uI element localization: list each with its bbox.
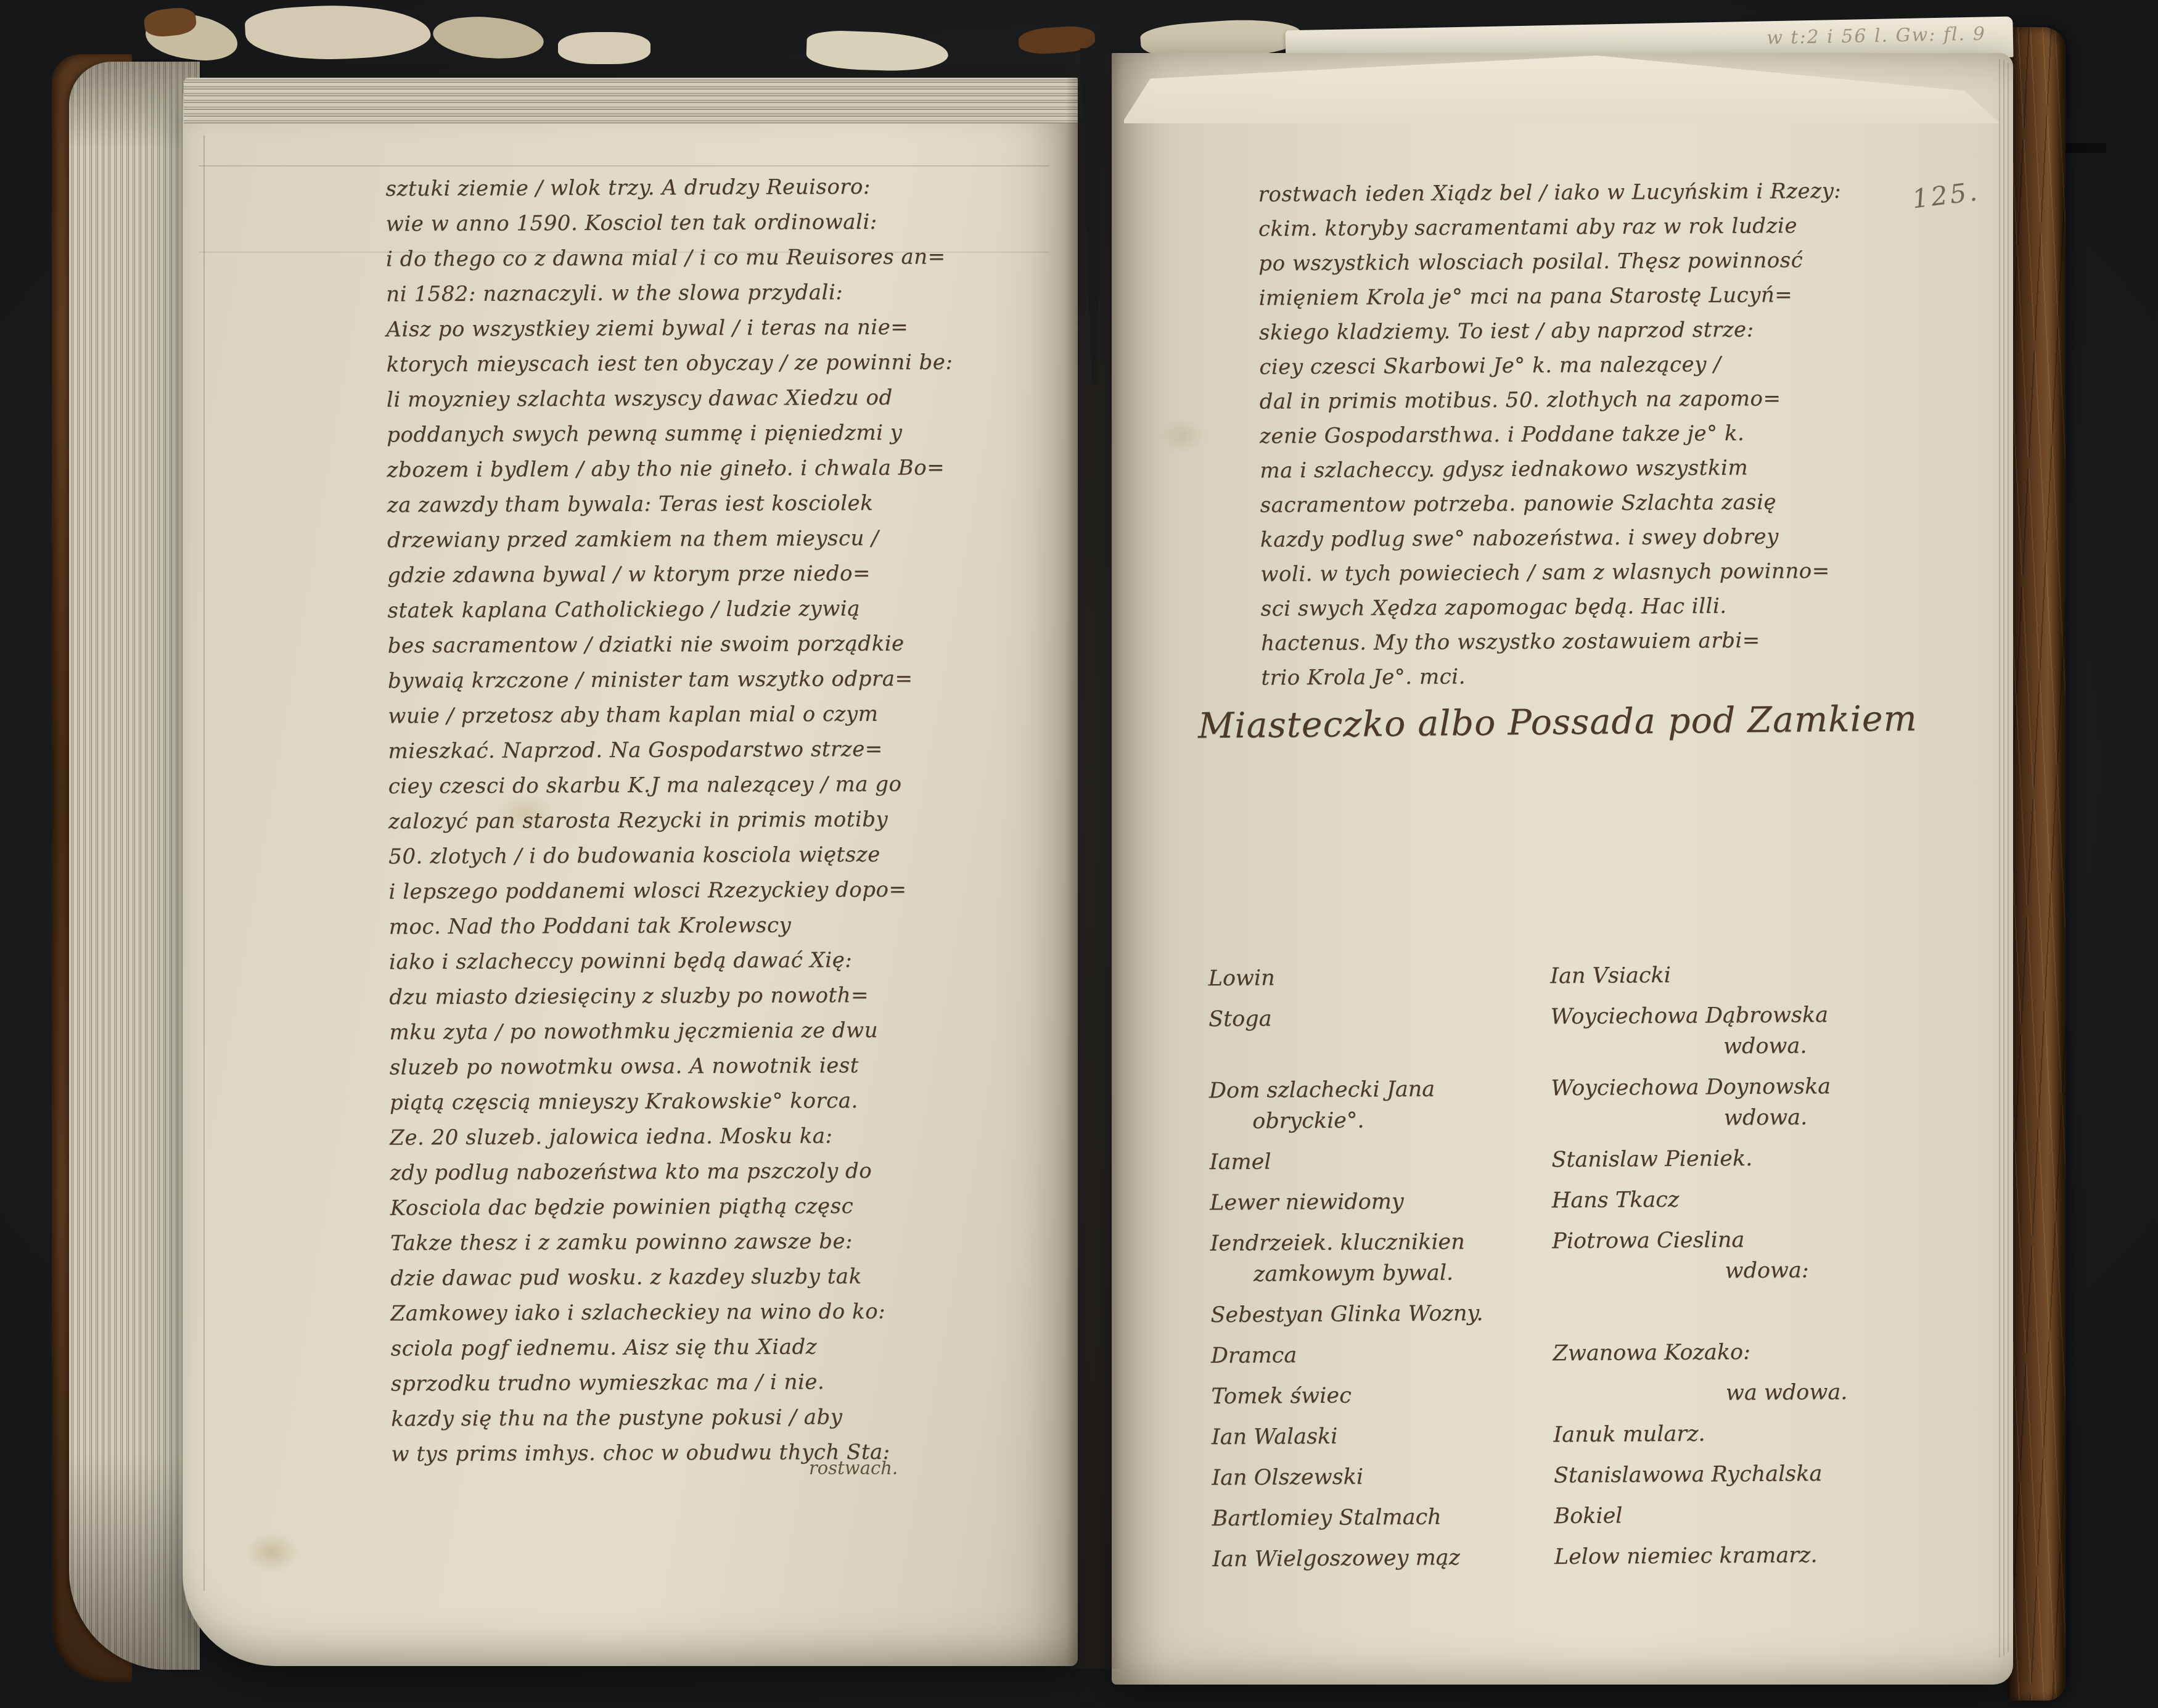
manuscript-line: skiego kladziemy. To iest / aby naprzod … [1259,311,1968,350]
manuscript-line: Takze thesz i z zamku powinno zawsze be: [390,1223,1069,1262]
list-text: Sebestyan Glinka Wozny. [1210,1297,1553,1331]
list-row: Ian Walaski Ianuk mularz. [1212,1417,1939,1453]
list-text: Ian Olszewski [1212,1460,1554,1493]
right-page: 125. rostwach ieden Xiądz bel / iako w L… [1112,53,2013,1685]
torn-paper-fragment [431,12,545,62]
list-text: Ian Vsiacki [1550,958,1936,992]
catchword: rostwach. [809,1458,898,1479]
paper-stain [1149,411,1216,460]
list-text: Woyciechowa Dąbrowska [1551,999,1937,1032]
list-person: Ian Vsiacki [1550,958,1936,992]
manuscript-line: kazdy podlug swe° nabozeństwa. i swey do… [1260,518,1969,557]
manuscript-line: Kosciola dac będzie powinien piąthą częs… [390,1188,1069,1226]
manuscript-line: mku zyta / po nowothmku jęczmienia ze dw… [389,1012,1067,1051]
manuscript-line: Zamkowey iako i szlacheckiey na wino do … [390,1294,1069,1332]
manuscript-line: dal in primis motibus. 50. zlothych na z… [1259,380,1968,419]
list-text: Hans Tkacz [1552,1183,1938,1216]
list-text: Ianuk mularz. [1553,1417,1939,1450]
list-text: Stoga [1208,1001,1551,1035]
manuscript-line: ciey czesci do skarbu K.J ma nalezącey /… [388,766,1067,805]
right-page-text: rostwach ieden Xiądz bel / iako w Lucyńs… [1258,173,1970,695]
manuscript-line: sluzeb po nowotmku owsa. A nowotnik iest [390,1048,1068,1086]
list-person: Stanislaw Pieniek. [1551,1142,1937,1175]
list-place: Ian Walaski [1212,1419,1554,1453]
list-text: obryckie°. [1252,1104,1551,1136]
list-person: wa wdowa. [1553,1376,1939,1410]
list-text: Tomek świec [1211,1379,1553,1412]
list-text: Lewer niewidomy [1210,1185,1552,1218]
list-person: Hans Tkacz [1552,1183,1938,1216]
list-row: Tomek świec wa wdowa. [1211,1376,1939,1412]
left-page: sztuki ziemie / wlok trzy. A drudzy Reui… [183,92,1078,1666]
book-cover-right [2008,27,2066,1701]
list-place: Sebestyan Glinka Wozny. [1210,1297,1553,1331]
manuscript-line: i do thego co z dawna mial / i co mu Reu… [386,239,1064,277]
list-text: Lelow niemiec kramarz. [1554,1539,1940,1572]
manuscript-line: statek kaplana Catholickiego / ludzie zy… [387,591,1065,629]
list-person: Woyciechowa Dąbrowskawdowa. [1551,999,1937,1063]
list-row: Dom szlachecki Janaobryckie°. Woyciechow… [1209,1070,1937,1137]
paper-stain [232,1523,312,1582]
list-place: Stoga [1208,1001,1551,1065]
manuscript-line: ciey czesci Skarbowi Je° k. ma nalezącey… [1259,345,1968,384]
manuscript-line: sprzodku trudno wymieszkac ma / i nie. [391,1364,1069,1402]
list-place: Bartlomiey Stalmach [1212,1501,1554,1534]
manuscript-line: rostwach ieden Xiądz bel / iako w Lucyńs… [1258,173,1967,211]
list-person: Zwanowa Kozako: [1553,1336,1939,1369]
list-text: Iamel [1210,1144,1552,1178]
list-text: Bokiel [1554,1498,1940,1532]
manuscript-line: 50. zlotych / i do budowania kosciola wi… [388,837,1067,875]
manuscript-photo: w t:2 i 56 l. Gw: fl. 9 sztuki ziemie / … [0,0,2158,1708]
list-place: Iamel [1210,1144,1552,1178]
list-text: Dramca [1211,1338,1553,1371]
list-row: Lowin Ian Vsiacki [1208,958,1935,994]
manuscript-line: ni 1582: naznaczyli. w the slowa przydal… [386,274,1064,313]
manuscript-line: po wszystkich wlosciach posilal. Thęsz p… [1258,242,1967,281]
resident-list: Lowin Ian Vsiacki Stoga Woyciechowa Dąbr… [1208,958,1940,1585]
left-page-text: sztuki ziemie / wlok trzy. A drudzy Reui… [385,169,1069,1472]
manuscript-line: gdzie zdawna bywal / w ktorym prze niedo… [387,556,1065,594]
manuscript-line: sacramentow potrzeba. panowie Szlachta z… [1260,483,1969,522]
list-place: Ian Wielgoszowey mąz [1212,1542,1554,1575]
manuscript-line: sci swych Xędza zapomogac będą. Hac illi… [1261,587,1970,626]
page-edges-right [1996,59,2012,1658]
manuscript-line: zenie Gospodarsthwa. i Poddane takze je°… [1260,414,1969,453]
list-place: Lewer niewidomy [1210,1185,1552,1218]
manuscript-line: piątą częscią mnieyszy Krakowskie° korca… [390,1083,1068,1121]
ruled-frame-line [203,136,205,1591]
list-person: Bokiel [1554,1498,1940,1532]
list-person: Stanislawowa Rychalska [1554,1458,1940,1491]
manuscript-line: Ze. 20 sluzeb. jalowica iedna. Mosku ka: [390,1118,1068,1156]
manuscript-line: iako i szlacheccy powinni będą dawać Xię… [389,942,1067,980]
list-row: Bartlomiey Stalmach Bokiel [1212,1498,1940,1534]
torn-paper-fragment [806,30,949,73]
manuscript-line: woli. w tych powieciech / sam z wlasnych… [1260,552,1969,591]
list-text: zamkowym bywal. [1253,1257,1553,1289]
manuscript-line: imięniem Krola je° mci na pana Starostę … [1258,276,1967,315]
page-edges-left [69,62,200,1670]
manuscript-line: trio Krola Je°. mci. [1261,656,1970,695]
list-row: Lewer niewidomy Hans Tkacz [1210,1183,1937,1218]
manuscript-line: kazdy się thu na the pustyne pokusi / ab… [391,1399,1069,1437]
section-heading: Miasteczko albo Possada pod Zamkiem [1198,697,1975,746]
list-row: Iendrzeiek. klucznikienzamkowym bywal. P… [1210,1223,1938,1290]
manuscript-line: i lepszego poddanemi wlosci Rzezyckiey d… [388,872,1067,910]
list-text: Stanislawowa Rychalska [1554,1458,1940,1491]
manuscript-line: ma i szlacheccy. gdysz iednakowo wszystk… [1260,449,1969,488]
list-row: Dramca Zwanowa Kozako: [1211,1336,1939,1371]
manuscript-line: wie w anno 1590. Kosciol ten tak ordinow… [386,204,1064,242]
list-text: Bartlomiey Stalmach [1212,1501,1554,1534]
list-text: Lowin [1208,961,1550,994]
list-place: Ian Olszewski [1212,1460,1554,1493]
list-person: Piotrowa Cieslinawdowa: [1552,1223,1938,1287]
manuscript-line: za zawzdy tham bywala: Teras iest koscio… [387,485,1065,523]
manuscript-line: mieszkać. Naprzod. Na Gospodarstwo strze… [388,731,1066,770]
torn-paper-fragment [558,32,650,64]
manuscript-line: w tys prims imhys. choc w obudwu thych S… [391,1434,1069,1472]
list-row: Ian Wielgoszowey mąz Lelow niemiec krama… [1212,1539,1940,1575]
list-text: Ian Walaski [1212,1419,1554,1453]
manuscript-line: Aisz po wszystkiey ziemi bywal / i teras… [386,310,1064,348]
list-row: Sebestyan Glinka Wozny. [1210,1295,1938,1331]
list-text: Woyciechowa Doynowska [1551,1070,1937,1104]
edge-annotation: w t:2 i 56 l. Gw: fl. 9 [1285,17,2013,59]
list-text: Stanislaw Pieniek. [1551,1142,1937,1175]
manuscript-line: drzewiany przed zamkiem na them mieyscu … [387,520,1065,559]
list-place: Tomek świec [1211,1379,1553,1412]
list-text: Zwanowa Kozako: [1553,1336,1939,1369]
folded-corner [1124,55,2000,123]
list-person: Ianuk mularz. [1553,1417,1939,1450]
page-edges-top [184,78,1078,123]
manuscript-line: wuie / przetosz aby tham kaplan mial o c… [388,696,1066,734]
list-row: Ian Olszewski Stanislawowa Rychalska [1212,1458,1939,1493]
list-text: wdowa: [1725,1254,1938,1286]
list-place: Dom szlachecki Janaobryckie°. [1209,1073,1551,1137]
list-row: Stoga Woyciechowa Dąbrowskawdowa. [1208,999,1937,1065]
list-person: Lelow niemiec kramarz. [1554,1539,1940,1572]
list-text: Dom szlachecki Jana [1209,1073,1551,1106]
manuscript-line: zalozyć pan starosta Rezycki in primis m… [388,802,1067,840]
list-place: Lowin [1208,961,1550,994]
list-person [1553,1295,1939,1328]
list-text: Piotrowa Cieslina [1552,1223,1938,1257]
list-person: Woyciechowa Doynowskawdowa. [1551,1070,1937,1135]
manuscript-line: bywaią krzczone / minister tam wszytko o… [388,661,1066,699]
manuscript-line: bes sacramentow / dziatki nie swoim porz… [388,626,1066,664]
list-text: Ian Wielgoszowey mąz [1212,1542,1554,1575]
list-place: Dramca [1211,1338,1553,1371]
manuscript-line: ckim. ktoryby sacramentami aby raz w rok… [1258,207,1967,246]
manuscript-line: poddanych swych pewną summę i pięniedzmi… [387,415,1065,453]
manuscript-line: li moyzniey szlachta wszyscy dawac Xiedz… [387,380,1065,418]
manuscript-line: dzie dawac pud wosku. z kazdey sluzby ta… [390,1258,1069,1297]
manuscript-line: sztuki ziemie / wlok trzy. A drudzy Reui… [385,169,1064,207]
manuscript-line: zbozem i bydlem / aby tho nie gineło. i … [387,450,1065,488]
manuscript-line: zdy podlug nabozeństwa kto ma pszczoly d… [390,1153,1068,1191]
list-text: wa wdowa. [1726,1376,1939,1408]
manuscript-line: sciola pogf iednemu. Aisz się thu Xiadz [391,1329,1069,1367]
list-row: Iamel Stanislaw Pieniek. [1210,1142,1937,1178]
list-text: Iendrzeiek. klucznikien [1210,1226,1552,1259]
manuscript-line: dzu miasto dziesięciny z sluzby po nowot… [389,977,1067,1016]
torn-paper-fragment [244,0,432,64]
manuscript-line: hactenus. My tho wszystko zostawuiem arb… [1261,622,1970,660]
manuscript-line: ktorych mieyscach iest ten obyczay / ze … [387,345,1065,383]
list-place: Iendrzeiek. klucznikienzamkowym bywal. [1210,1226,1552,1290]
ruled-frame-line [199,165,1049,166]
manuscript-line: moc. Nad tho Poddani tak Krolewscy [389,907,1067,945]
list-text: wdowa. [1723,1030,1937,1062]
list-text: wdowa. [1724,1101,1937,1133]
